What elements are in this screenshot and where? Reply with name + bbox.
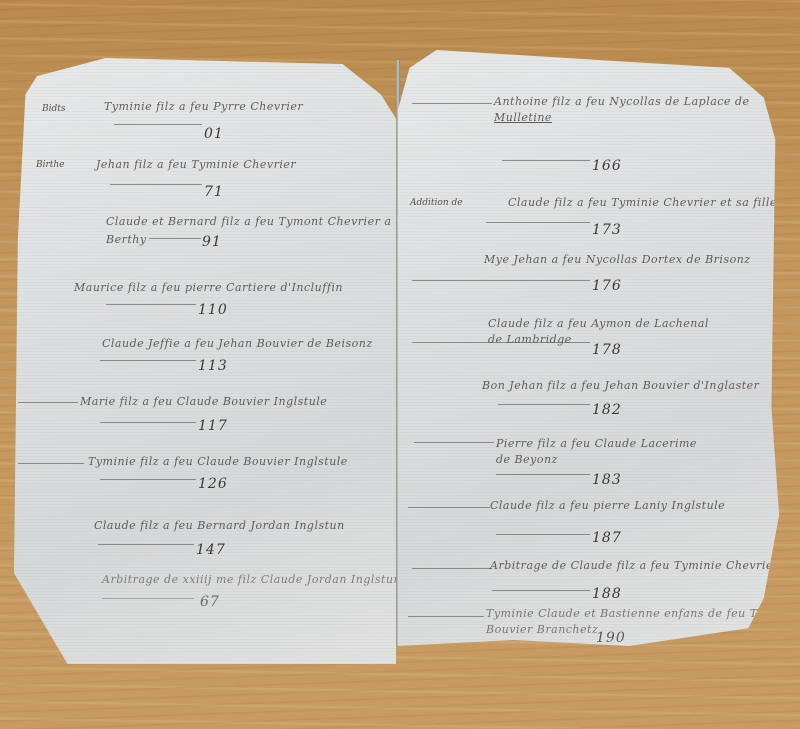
entry-number: 110: [198, 302, 228, 318]
ruled-line: [492, 590, 590, 591]
entry-text: Mye Jehan a feu Nycollas Dortex de Briso…: [484, 253, 751, 266]
entry-number: 01: [204, 126, 224, 142]
entry-right-0: Anthoine filz a feu Nycollas de Laplace …: [494, 90, 750, 124]
ruled-line: [110, 184, 202, 185]
ruled-line: [414, 442, 494, 443]
entry-number: 166: [592, 158, 622, 174]
ruled-line: [100, 360, 196, 361]
entry-number: 173: [592, 222, 622, 238]
entry-left-3: Maurice filz a feu pierre Cartiere d'Inc…: [74, 276, 343, 295]
entry-number: 182: [592, 402, 622, 418]
ruled-line: [100, 479, 196, 480]
ruled-line: [496, 534, 590, 535]
entry-text: Marie filz a feu Claude Bouvier Inglstul…: [80, 395, 327, 408]
ruled-line: [412, 103, 492, 104]
ruled-line: [496, 474, 590, 475]
entry-left-6: Tyminie filz a feu Claude Bouvier Inglst…: [88, 450, 348, 469]
ruled-line: [502, 160, 590, 161]
ruled-line: [18, 463, 84, 464]
entry-number: 91: [202, 234, 222, 250]
margin-note: Addition de: [410, 198, 463, 208]
entry-number: 117: [198, 418, 228, 434]
ruled-line: [408, 507, 490, 508]
entry-left-2: Claude et Bernard filz a feu Tymont Chev…: [106, 210, 420, 246]
entry-text: Claude Jeffie a feu Jehan Bouvier de Bei…: [102, 337, 373, 350]
ruled-line: [98, 544, 194, 545]
entry-text-line2: Berthy: [106, 233, 420, 246]
left-page: Bidts Tyminie filz a feu Pyrre Chevrier …: [14, 58, 396, 664]
entry-text: Jehan filz a feu Tyminie Chevrier: [96, 158, 296, 171]
entry-text: Tyminie Claude et Bastienne enfans de fe…: [486, 607, 798, 620]
entry-right-3: Claude filz a feu Aymon de Lachenal de L…: [488, 312, 709, 346]
ruled-line: [102, 598, 194, 599]
entry-text: Tyminie filz a feu Pyrre Chevrier: [104, 100, 303, 113]
margin-note: Bidts: [42, 104, 66, 114]
entry-right-5: Pierre filz a feu Claude Lacerime de Bey…: [496, 432, 697, 466]
entry-number: 178: [592, 342, 622, 358]
entry-number: 67: [200, 594, 220, 610]
entry-text: Anthoine filz a feu Nycollas de Laplace …: [494, 95, 750, 108]
entry-number: 71: [204, 184, 224, 200]
entry-text: Pierre filz a feu Claude Lacerime: [496, 437, 697, 450]
entry-number: 183: [592, 472, 622, 488]
ruled-line: [412, 568, 492, 569]
entry-text: Claude filz a feu Aymon de Lachenal: [488, 317, 709, 330]
entry-text-line2: Bouvier Branchetz: [486, 623, 798, 636]
entry-number: 187: [592, 530, 622, 546]
ruled-line: [100, 422, 196, 423]
entry-number: 113: [198, 358, 228, 374]
ruled-line: [412, 342, 590, 343]
entry-left-7: Claude filz a feu Bernard Jordan Inglstu…: [94, 514, 345, 533]
ruled-line: [408, 616, 484, 617]
entry-text: Maurice filz a feu pierre Cartiere d'Inc…: [74, 281, 343, 294]
entry-text: Claude et Bernard filz a feu Tymont Chev…: [106, 215, 420, 228]
ruled-line: [498, 404, 590, 405]
entry-number: 188: [592, 586, 622, 602]
entry-text-line2: de Beyonz: [496, 453, 697, 466]
ruled-line: [412, 280, 590, 281]
entry-right-4: Bon Jehan filz a feu Jehan Bouvier d'Ing…: [482, 374, 759, 393]
entry-right-6: Claude filz a feu pierre Laniy Inglstule: [490, 494, 725, 513]
entry-right-8: Tyminie Claude et Bastienne enfans de fe…: [486, 602, 798, 636]
ruled-line: [114, 124, 202, 125]
entry-text-line2: Mulletine: [494, 111, 750, 124]
ruled-line: [149, 238, 201, 239]
entry-left-8: Arbitrage de xxiiij me filz Claude Jorda…: [102, 568, 401, 587]
entry-text: Claude filz a feu Bernard Jordan Inglstu…: [94, 519, 345, 532]
entry-text: Claude filz a feu Tyminie Chevrier et sa…: [508, 196, 777, 209]
entry-text: Arbitrage de Claude filz a feu Tyminie C…: [490, 559, 779, 572]
margin-note: Birthe: [36, 160, 65, 170]
ruled-line: [18, 402, 78, 403]
entry-number: 190: [596, 630, 626, 646]
entry-text: Claude filz a feu pierre Laniy Inglstule: [490, 499, 725, 512]
entry-number: 126: [198, 476, 228, 492]
right-page: Anthoine filz a feu Nycollas de Laplace …: [398, 50, 783, 646]
entry-number: 176: [592, 278, 622, 294]
entry-right-2: Mye Jehan a feu Nycollas Dortex de Briso…: [484, 248, 751, 267]
entry-text: Tyminie filz a feu Claude Bouvier Inglst…: [88, 455, 348, 468]
ruled-line: [106, 304, 196, 305]
entry-left-4: Claude Jeffie a feu Jehan Bouvier de Bei…: [102, 332, 373, 351]
entry-right-7: Arbitrage de Claude filz a feu Tyminie C…: [490, 554, 779, 573]
ruled-line: [486, 222, 590, 223]
entry-number: 147: [196, 542, 226, 558]
entry-text: Bon Jehan filz a feu Jehan Bouvier d'Ing…: [482, 379, 759, 392]
entry-left-5: Marie filz a feu Claude Bouvier Inglstul…: [80, 390, 327, 409]
entry-text: Arbitrage de xxiiij me filz Claude Jorda…: [102, 573, 401, 586]
